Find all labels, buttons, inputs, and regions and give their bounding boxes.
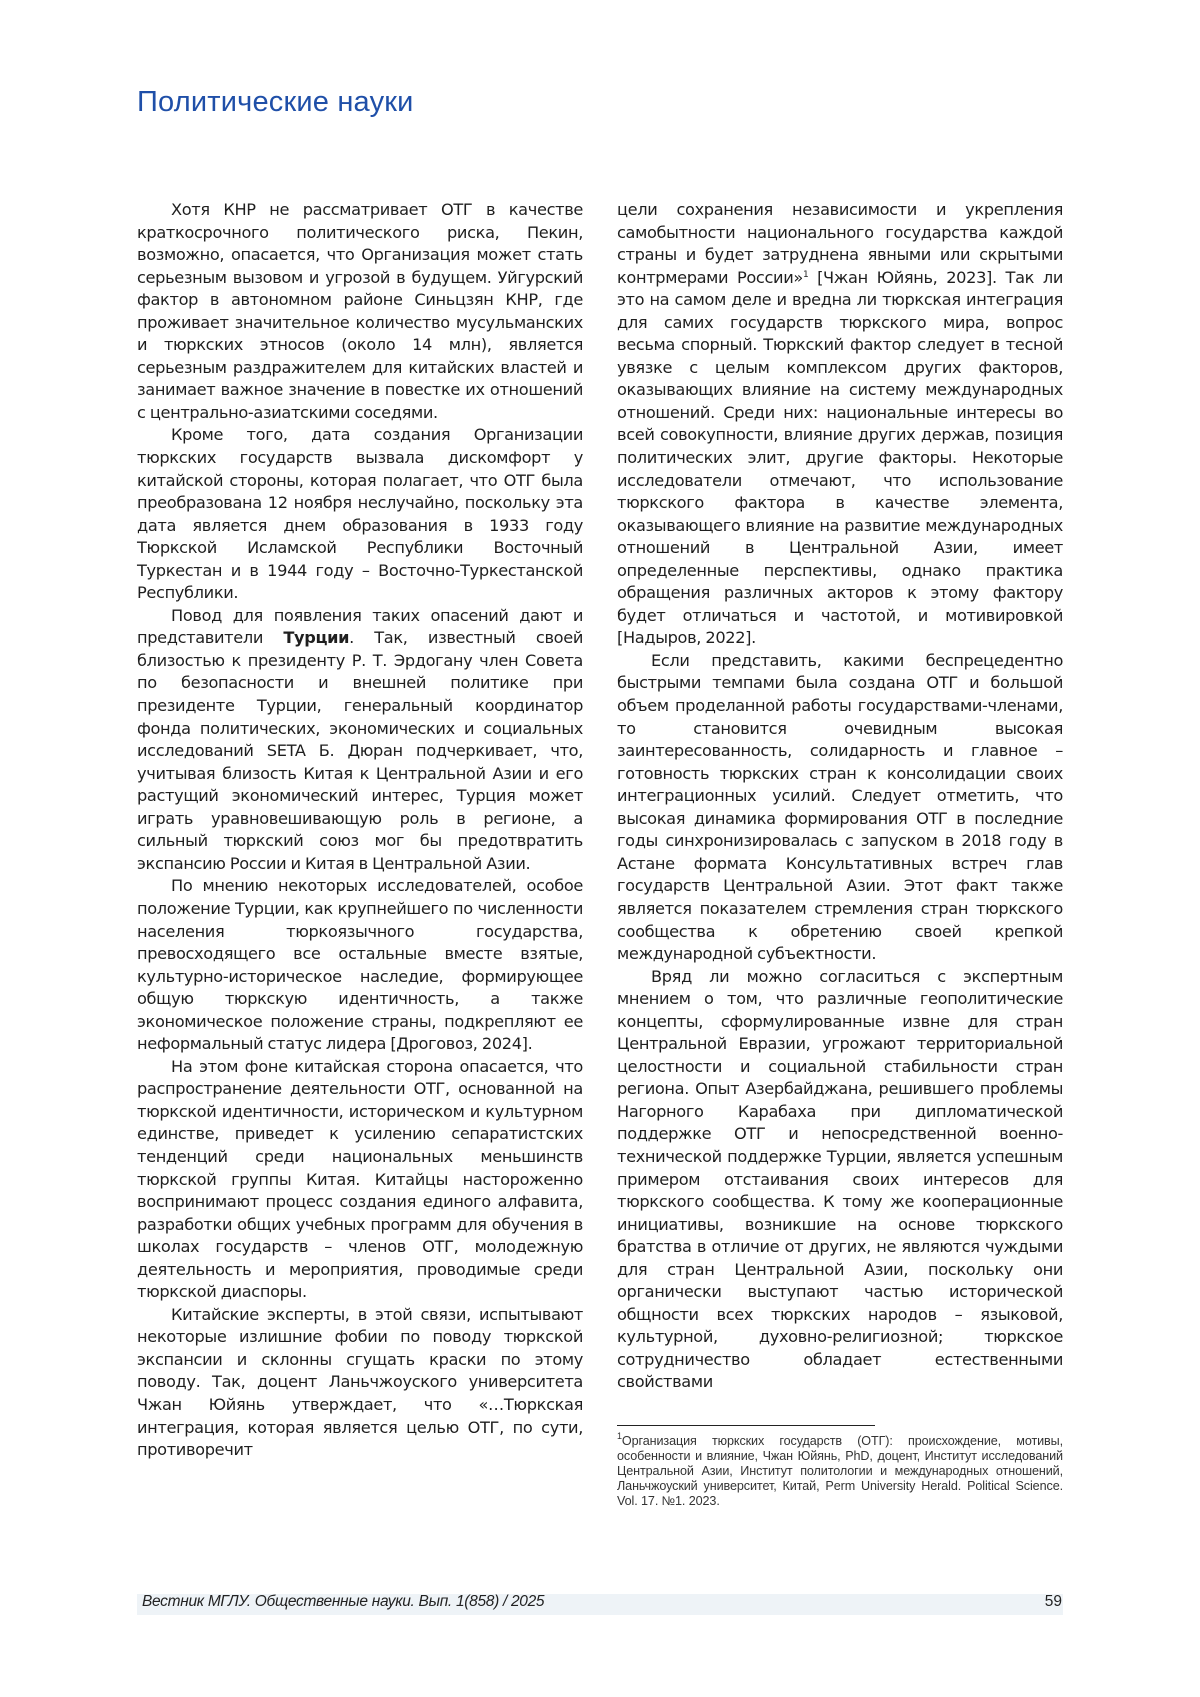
paragraph: Кроме того, дата создания Организации тю…: [137, 424, 583, 604]
paragraph-text: . Так, известный своей близостью к прези…: [137, 628, 583, 872]
page-number: 59: [1045, 1593, 1062, 1611]
right-column: цели сохранения независимости и укреплен…: [617, 199, 1063, 1394]
footnote: 1Организация тюркских государств (ОТГ): …: [617, 1434, 1063, 1509]
footer-journal-title: Вестник МГЛУ. Общественные науки. Вып. 1…: [142, 1593, 544, 1611]
paragraph-text: [Чжан Юйянь, 2023]. Так ли это на самом …: [617, 268, 1063, 648]
paragraph: Если представить, какими беспрецедентно …: [617, 650, 1063, 966]
paragraph-continuation: цели сохранения независимости и укреплен…: [617, 199, 1063, 650]
paragraph: Повод для появления таких опасений дают …: [137, 605, 583, 876]
paragraph: Вряд ли можно согласиться с экспертным м…: [617, 966, 1063, 1394]
bold-term: Турции: [283, 628, 349, 647]
section-title: Политические науки: [137, 86, 414, 119]
footnote-text: Организация тюркских государств (ОТГ): п…: [617, 1434, 1063, 1508]
paragraph: Хотя КНР не рассматривает ОТГ в качестве…: [137, 199, 583, 424]
left-column: Хотя КНР не рассматривает ОТГ в качестве…: [137, 199, 583, 1462]
footnote-divider: [617, 1425, 875, 1426]
paragraph: По мнению некоторых исследователей, особ…: [137, 875, 583, 1055]
paragraph: На этом фоне китайская сторона опасается…: [137, 1056, 583, 1304]
paragraph: Китайские эксперты, в этой связи, испыты…: [137, 1304, 583, 1462]
